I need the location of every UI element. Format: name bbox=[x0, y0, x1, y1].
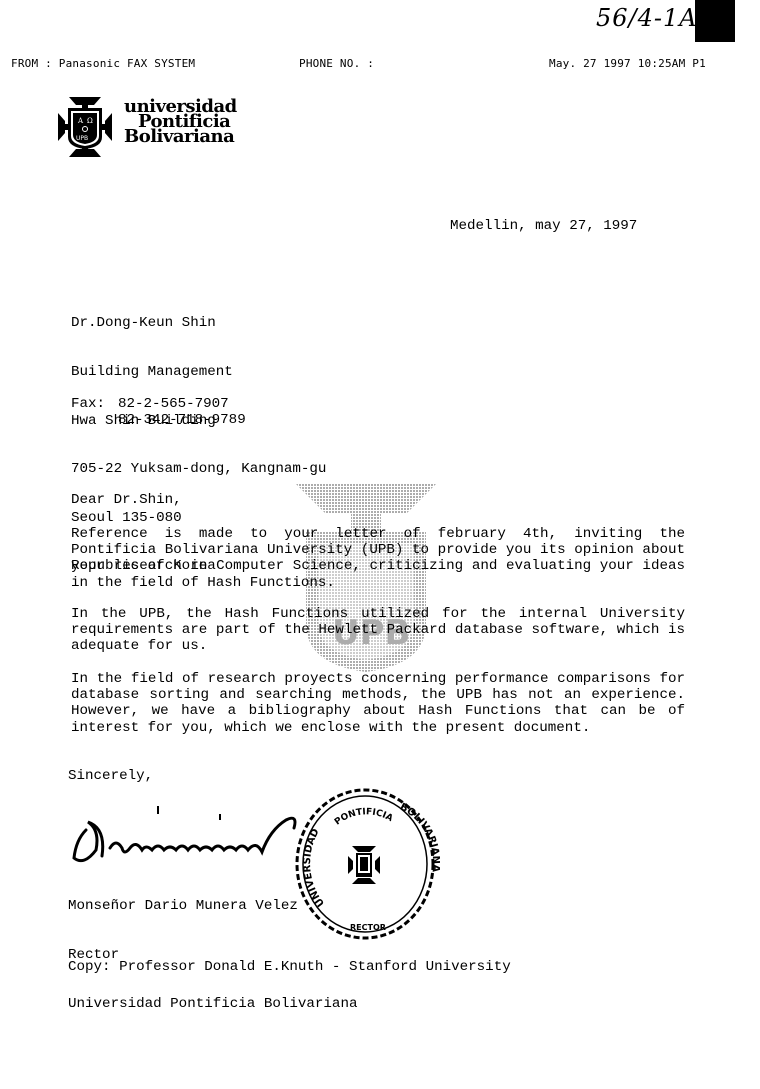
svg-text:Ω: Ω bbox=[87, 117, 93, 125]
handwritten-note: 56/4-1A bbox=[596, 4, 698, 32]
copy-recipient-line: Copy: Professor Donald E.Knuth - Stanfor… bbox=[68, 959, 511, 975]
closing: Sincerely, bbox=[68, 768, 153, 784]
recipient-line: 705-22 Yuksam-dong, Kangnam-gu bbox=[71, 461, 326, 477]
svg-text:BOLIVARIANA: BOLIVARIANA bbox=[398, 802, 440, 873]
fax-number: 82-2-565-7907 bbox=[118, 396, 229, 412]
logo-text-bolivariana: Bolivariana bbox=[124, 129, 234, 144]
svg-text:A: A bbox=[77, 117, 84, 125]
body-paragraph: In the field of research proyects concer… bbox=[71, 671, 685, 736]
svg-text:RECTOR: RECTOR bbox=[350, 923, 386, 932]
svg-text:UNIVERSIDAD: UNIVERSIDAD bbox=[302, 827, 327, 909]
body-paragraph: Reference is made to your letter of febr… bbox=[71, 526, 685, 591]
handwritten-signature-icon bbox=[66, 800, 306, 870]
fax-number: 82-342-718-9789 bbox=[118, 412, 246, 428]
letter-place-date: Medellin, may 27, 1997 bbox=[450, 218, 637, 234]
official-seal-stamp: PONTIFICIA UNIVERSIDAD BOLIVARIANA RECTO… bbox=[290, 784, 440, 944]
fax-phone-label: PHONE NO. : bbox=[299, 57, 374, 70]
recipient-line: Building Management bbox=[71, 364, 326, 380]
svg-text:PONTIFICIA: PONTIFICIA bbox=[333, 807, 394, 827]
salutation: Dear Dr.Shin, bbox=[71, 492, 182, 508]
body-paragraph: In the UPB, the Hash Functions utilized … bbox=[71, 606, 685, 655]
fax-timestamp: May. 27 1997 10:25AM P1 bbox=[549, 57, 706, 70]
fax-label: Fax: bbox=[71, 396, 105, 412]
recipient-line: Seoul 135-080 bbox=[71, 510, 326, 526]
recipient-name: Dr.Dong-Keun Shin bbox=[71, 315, 326, 331]
redaction-block bbox=[695, 0, 735, 42]
fax-from-label: FROM : Panasonic FAX SYSTEM bbox=[11, 57, 195, 70]
signatory-institution: Universidad Pontificia Bolivariana bbox=[68, 996, 357, 1012]
university-emblem-icon: A Ω UPB bbox=[56, 95, 114, 159]
svg-text:UPB: UPB bbox=[76, 135, 88, 142]
